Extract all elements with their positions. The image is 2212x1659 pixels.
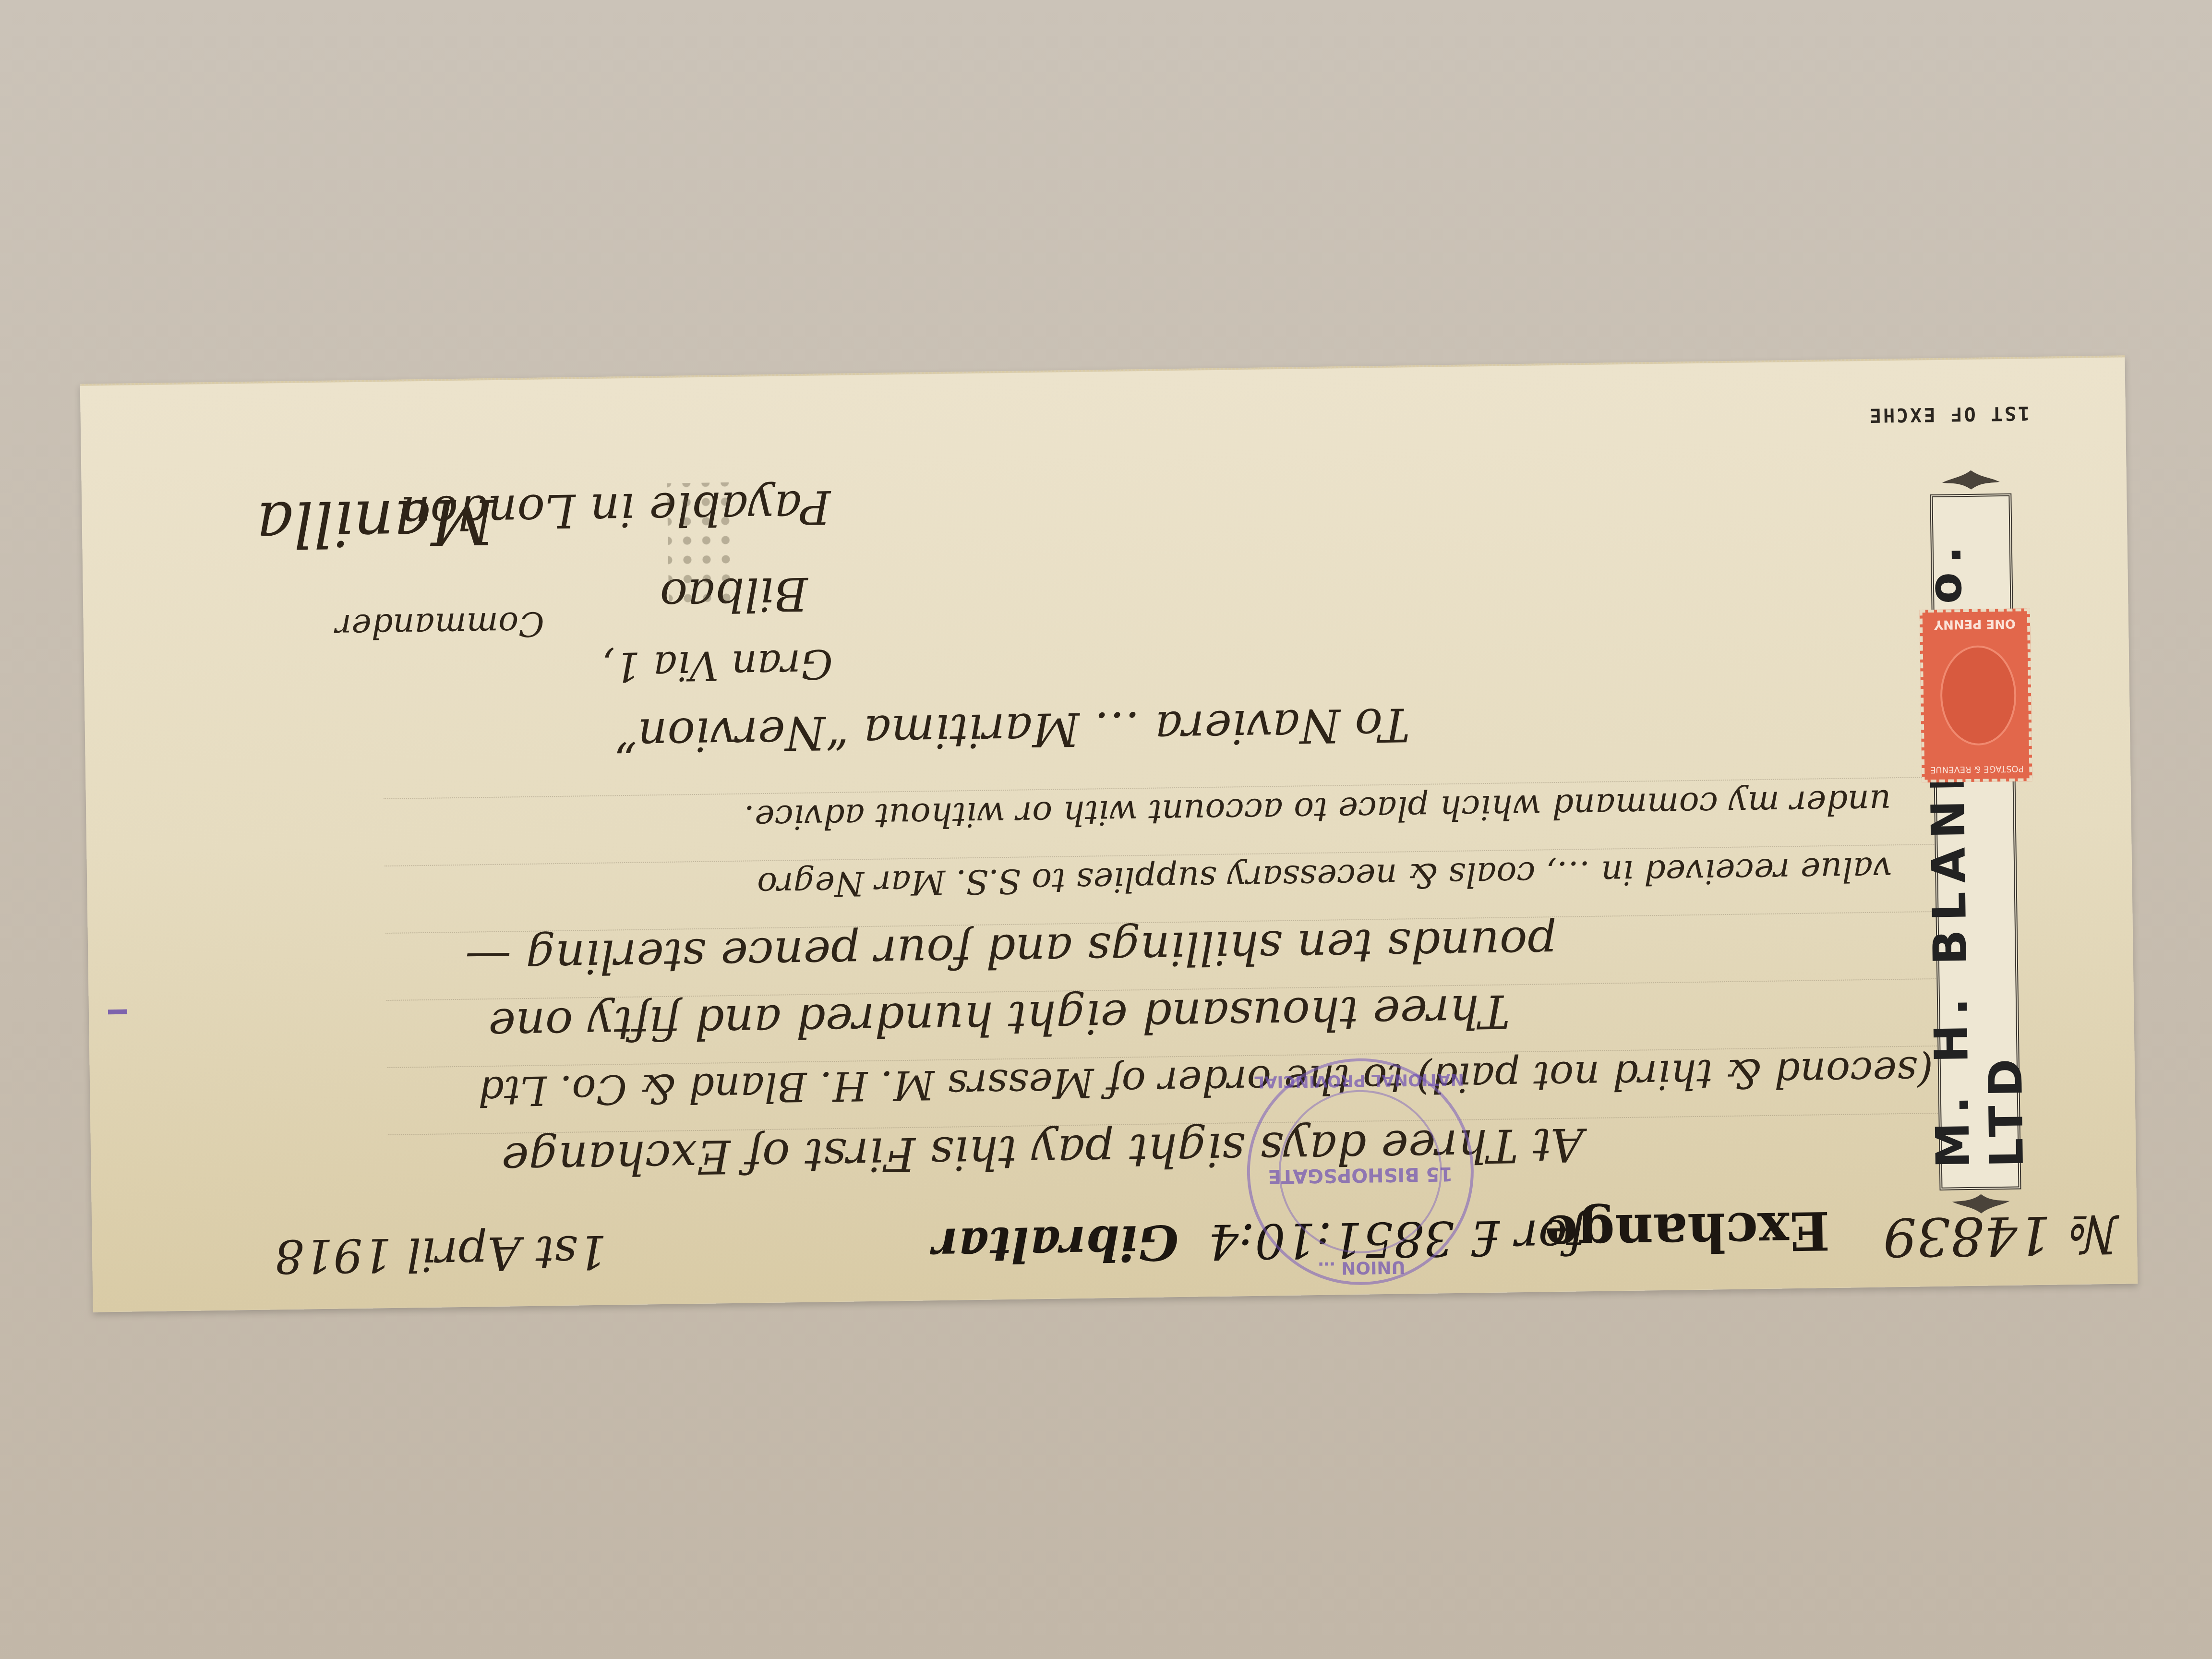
stamp-footer: POSTAGE & REVENUE: [1924, 763, 2029, 775]
bank-stamp-text-top: UNION …: [1251, 1256, 1472, 1279]
issuer-banner: M. H. BLAND & Co. LTD: [1930, 493, 2021, 1190]
bill-of-exchange: № 14839 Exchange for £ 3851:10:4 Gibralt…: [80, 355, 2138, 1312]
place: Gibraltar: [932, 1214, 1179, 1274]
issue-date: 1st April 1918: [274, 1225, 607, 1284]
document-title: Exchange: [1544, 1200, 1830, 1265]
body-line-6: under my command which place to account …: [744, 782, 1891, 837]
signature-title: Commander: [335, 604, 544, 646]
addressee-line-1: To Naviera … Maritima “Nervion”: [614, 697, 1410, 762]
revenue-stamp: ONE PENNY POSTAGE & REVENUE: [1920, 608, 2032, 782]
body-line-4: pounds ten shillings and four pence ster…: [465, 916, 1557, 986]
amount-prefix: for £: [1469, 1208, 1586, 1266]
fleur-ornament-icon: [1933, 1191, 2030, 1216]
signature: Manilla: [256, 485, 495, 561]
fleur-ornament-icon: [1923, 467, 2020, 493]
addressee-line-2: Gran Via 1,: [601, 640, 833, 691]
bank-stamp-text-middle: 15 BISHOPSGATE: [1250, 1163, 1471, 1188]
copy-label: 1ST OF EXCHE: [1868, 402, 2030, 426]
issuer-banner-area: M. H. BLAND & Co. LTD ONE PENNY POSTAGE …: [1870, 359, 2027, 1287]
perforation-holes: [667, 482, 736, 608]
ink-mark: [108, 1010, 127, 1015]
stamp-portrait-icon: [1940, 645, 2017, 746]
bank-stamp-text-bottom: NATIONAL PROVINCIAL: [1249, 1070, 1470, 1092]
body-line-2: (second & third not paid) to the order o…: [478, 1047, 1933, 1115]
body-line-3: Three thousand eight hundred and fifty o…: [488, 984, 1510, 1052]
document-content: № 14839 Exchange for £ 3851:10:4 Gibralt…: [80, 357, 2138, 1312]
stamp-value: ONE PENNY: [1923, 616, 2027, 632]
